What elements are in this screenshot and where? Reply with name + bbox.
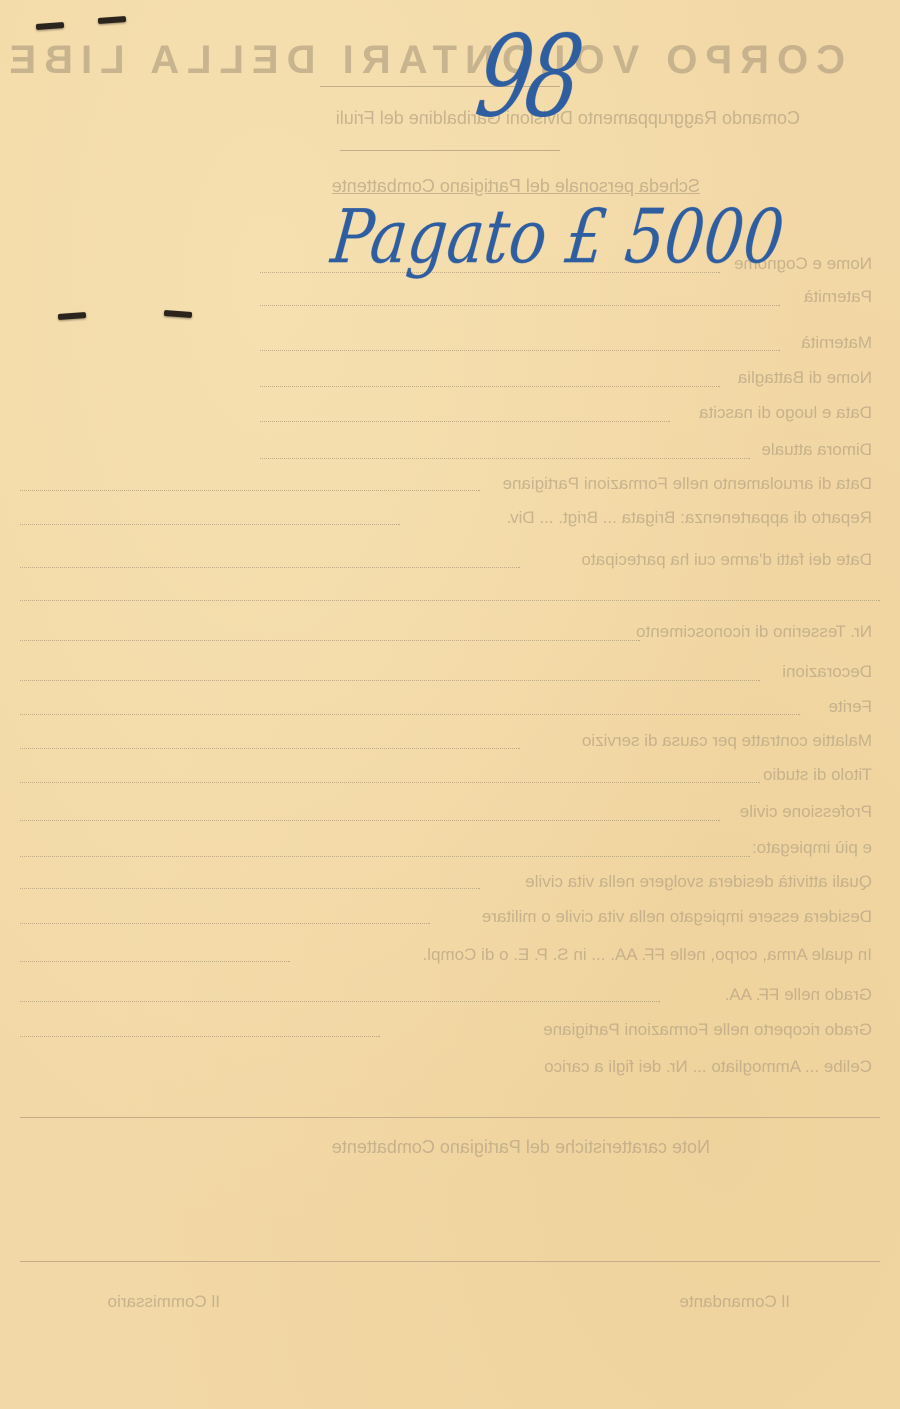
- field-line: [20, 600, 880, 601]
- field-label: Decorazioni: [782, 662, 872, 682]
- section-rule: [20, 1117, 880, 1118]
- field-line: [20, 820, 720, 821]
- field-label: e più impiegato:: [752, 838, 872, 858]
- field-label: Maternità: [801, 333, 872, 353]
- field-line: [20, 490, 480, 491]
- field-line: [260, 386, 720, 387]
- field-line: [20, 680, 760, 681]
- field-label: Dimora attuale: [761, 440, 872, 460]
- field-line: [20, 748, 520, 749]
- field-line: [20, 1036, 380, 1037]
- notes-heading: Note caratteristiche del Partigiano Comb…: [332, 1137, 710, 1158]
- field-label: In quale Arma, corpo, nelle FF. AA. ... …: [423, 945, 872, 965]
- field-label: Celibe ... Ammogliato ... Nr. dei figli …: [544, 1057, 872, 1077]
- field-line: [20, 923, 430, 924]
- field-label: Paternità: [804, 287, 872, 307]
- field-line: [20, 856, 750, 857]
- commissar-signature-label: Il Commissario: [108, 1292, 220, 1312]
- field-label: Data e luogo di nascita: [699, 403, 872, 423]
- scanned-document-page: CORPO VOLONTARI DELLA LIBERTÀ Comando Ra…: [0, 0, 900, 1409]
- form-title: CORPO VOLONTARI DELLA LIBERTÀ: [0, 38, 845, 83]
- field-label: Reparto di appartenenza: Brigata ... Bri…: [507, 508, 872, 528]
- field-label: Grado nelle FF. AA.: [725, 985, 872, 1005]
- handwritten-payment-note: Pagato £ 5000: [327, 193, 788, 281]
- field-label: Nr. Tesserino di riconoscimento: [636, 622, 872, 642]
- field-line: [20, 714, 800, 715]
- field-label: Date dei fatti d'arme cui ha partecipato: [581, 550, 872, 570]
- field-label: Titolo di studio: [763, 765, 872, 785]
- field-line: [20, 888, 480, 889]
- field-label: Nome di Battaglia: [738, 368, 872, 388]
- field-line: [20, 1001, 660, 1002]
- field-line: [260, 421, 670, 422]
- field-line: [260, 350, 780, 351]
- field-label: Data di arruolamento nelle Formazioni Pa…: [503, 474, 872, 494]
- field-label: Malattie contratte per causa di servizio: [582, 731, 872, 751]
- field-line: [260, 458, 750, 459]
- field-line: [20, 567, 520, 568]
- subtitle-rule: [340, 150, 560, 151]
- handwritten-number: 98: [469, 13, 585, 143]
- field-label: Grado ricoperto nelle Formazioni Partigi…: [543, 1020, 872, 1040]
- field-label: Ferite: [829, 697, 872, 717]
- field-line: [20, 961, 290, 962]
- field-line: [20, 524, 400, 525]
- field-line: [20, 782, 760, 783]
- field-label: Professione civile: [740, 802, 872, 822]
- field-line: [20, 640, 640, 641]
- commander-signature-label: Il Comandante: [679, 1292, 790, 1312]
- field-line: [260, 305, 780, 306]
- section-rule: [20, 1261, 880, 1262]
- field-label: Quali attività desidera svolgere nella v…: [525, 872, 872, 892]
- field-label: Desidera essere impiegato nella vita civ…: [482, 907, 872, 927]
